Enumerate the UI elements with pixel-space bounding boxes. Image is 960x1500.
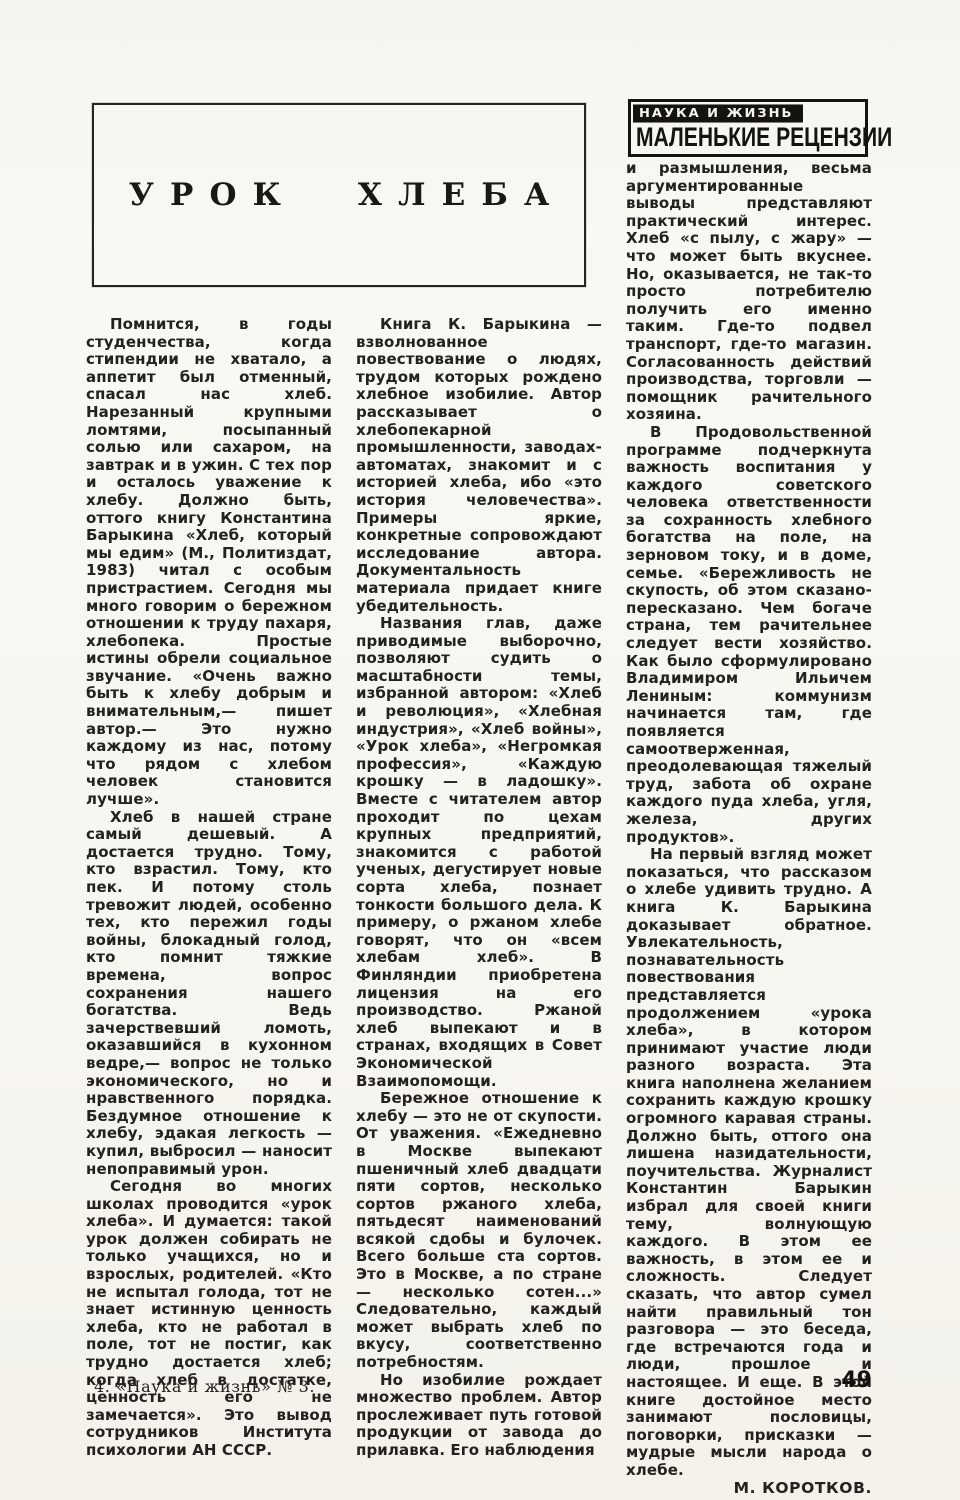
article-paragraph: Сегодня во многих школах проводится «уро…	[86, 1178, 332, 1460]
article-paragraph: Помнится, в годы студенчества, когда сти…	[86, 316, 332, 809]
article-title-box: УРОК ХЛЕБА	[92, 103, 586, 287]
article-paragraph: В Продовольственной программе подчеркнут…	[626, 424, 872, 846]
article-title: УРОК ХЛЕБА	[113, 177, 566, 213]
article-paragraph: На первый взгляд может показаться, что р…	[626, 846, 872, 1479]
magazine-page: УРОК ХЛЕБА НАУКА И ЖИЗНЬ МАЛЕНЬКИЕ РЕЦЕН…	[0, 0, 960, 1500]
article-paragraph: Бережное отношение к хлебу — это не от с…	[356, 1090, 602, 1372]
section-badge: НАУКА И ЖИЗНЬ МАЛЕНЬКИЕ РЕЦЕНЗИИ	[628, 99, 868, 157]
text-column-1: Помнится, в годы студенчества, когда сти…	[86, 316, 332, 1460]
section-name-label: МАЛЕНЬКИЕ РЕЦЕНЗИИ	[636, 123, 811, 151]
text-column-3: и размышления, весьма аргументированные …	[626, 160, 872, 1497]
magazine-name-label: НАУКА И ЖИЗНЬ	[633, 104, 803, 122]
issue-footnote: 4. «Наука и жизнь» № 3.	[94, 1377, 315, 1396]
article-paragraph: Названия глав, даже приводимые выборочно…	[356, 615, 602, 1090]
author-signature: М. КОРОТКОВ.	[626, 1480, 872, 1498]
article-paragraph: и размышления, весьма аргументированные …	[626, 160, 872, 424]
text-column-2: Книга К. Барыкина — взволнованное повест…	[356, 316, 602, 1460]
article-paragraph: Хлеб в нашей стране самый дешевый. А дос…	[86, 809, 332, 1178]
article-paragraph: Но изобилие рождает множество проблем. А…	[356, 1372, 602, 1460]
page-number: 49	[841, 1368, 872, 1393]
article-paragraph: Книга К. Барыкина — взволнованное повест…	[356, 316, 602, 615]
